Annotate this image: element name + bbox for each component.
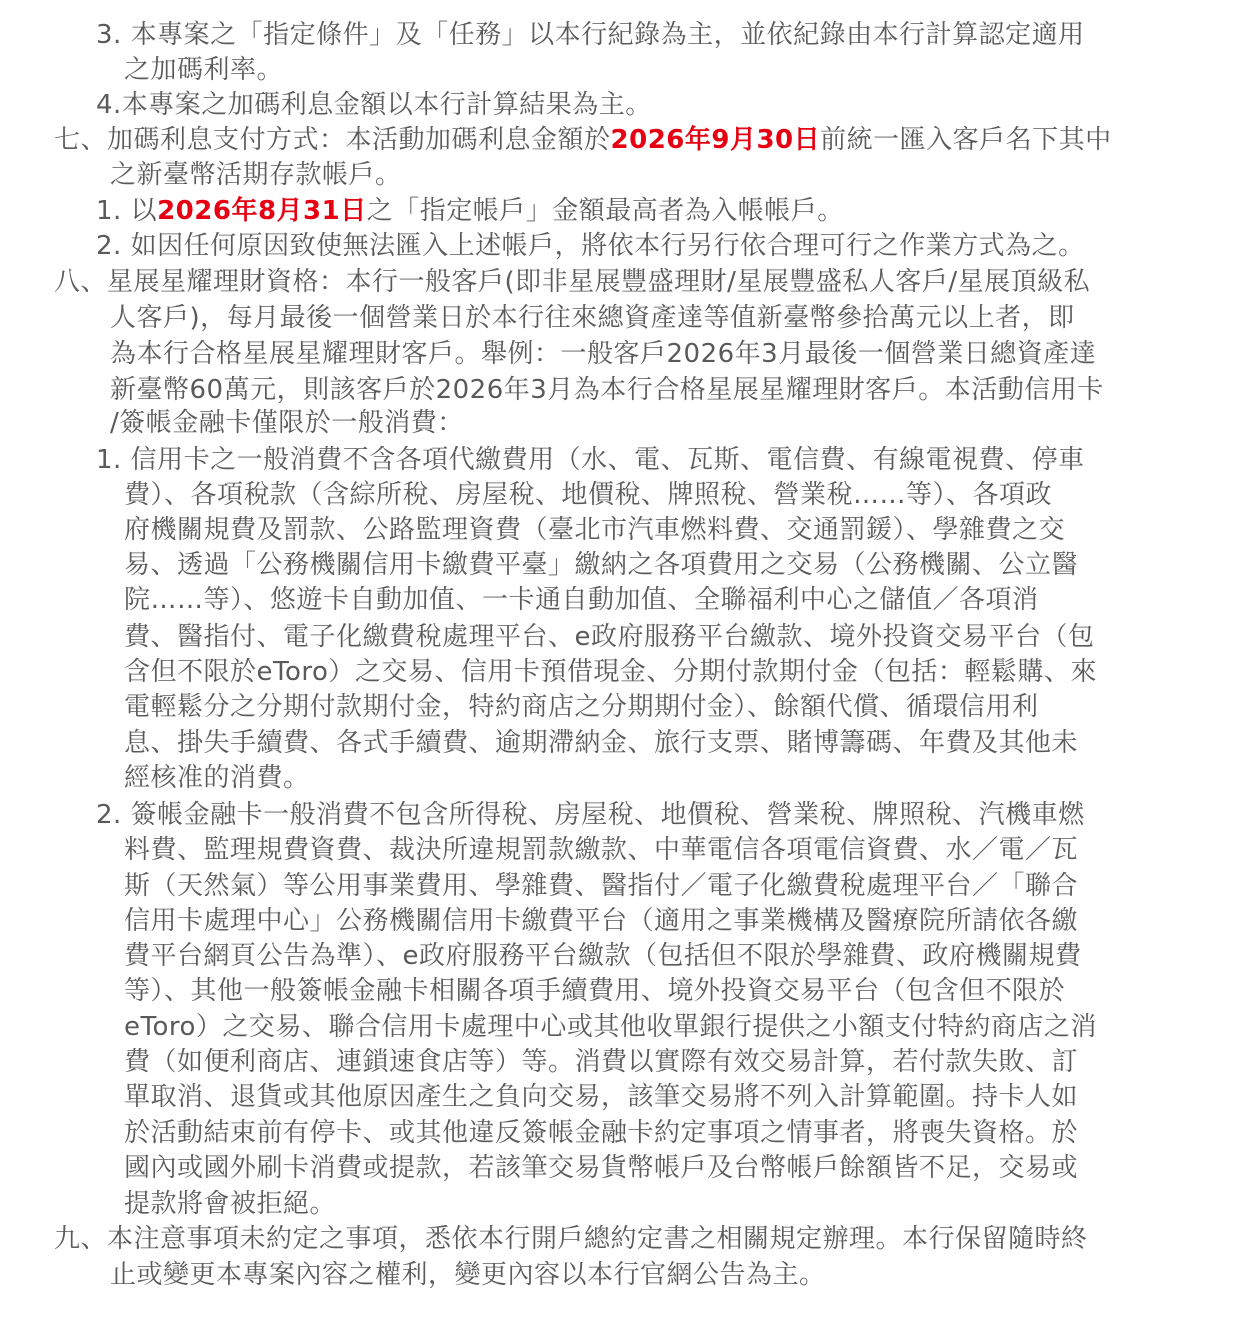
- text-line: 之新臺幣活期存款帳戶。: [110, 158, 402, 192]
- text-segment: 人客戶)，每月最後一個營業日於本行往來總資產達等值新臺幣參拾萬元以上者，即: [110, 303, 1075, 333]
- text-line: 含但不限於eToro）之交易、信用卡預借現金、分期付款期付金（包括：輕鬆購、來: [124, 655, 1097, 689]
- text-segment: 前統一匯入客戶名下其中: [820, 125, 1112, 155]
- text-segment: 八、星展星耀理財資格：本行一般客戶(即非星展豐盛理財/星展豐盛私人客戶/星展頂級…: [54, 267, 1090, 297]
- text-line: 府機關規費及罰款、公路監理資費（臺北市汽車燃料費、交通罰鍰）、學雜費之交: [124, 513, 1065, 547]
- text-segment: 等）、其他一般簽帳金融卡相關各項手續費用、境外投資交易平台（包含但不限於: [124, 976, 1065, 1006]
- text-segment: 七、加碼利息支付方式：本活動加碼利息金額於: [54, 125, 611, 155]
- text-segment: 費、醫指付、電子化繳費稅處理平台、e政府服務平台繳款、境外投資交易平台（包: [124, 622, 1095, 652]
- text-line: 2. 簽帳金融卡一般消費不包含所得稅、房屋稅、地價稅、營業稅、牌照稅、汽機車燃: [96, 798, 1085, 832]
- text-line: 費（如便利商店、連鎖速食店等）等。消費以實際有效交易計算，若付款失敗、訂: [124, 1045, 1078, 1079]
- text-line: 1. 信用卡之一般消費不含各項代繳費用（水、電、瓦斯、電信費、有線電視費、停車: [96, 443, 1085, 477]
- text-segment: 易、透過「公務機關信用卡繳費平臺」繳納之各項費用之交易（公務機關、公立醫: [124, 550, 1078, 580]
- text-line: 電輕鬆分之分期付款期付金，特約商店之分期期付金）、餘額代償、循環信用利: [124, 690, 1039, 724]
- text-line: 經核准的消費。: [124, 761, 310, 795]
- text-line: 信用卡處理中心」公務機關信用卡繳費平台（適用之事業機構及醫療院所請依各繳: [124, 904, 1078, 938]
- text-segment: 費）、各項稅款（含綜所稅、房屋稅、地價稅、牌照稅、營業稅……等）、各項政: [124, 480, 1052, 510]
- text-segment: /簽帳金融卡僅限於一般消費：: [110, 408, 464, 438]
- text-segment: 電輕鬆分之分期付款期付金，特約商店之分期期付金）、餘額代償、循環信用利: [124, 692, 1039, 722]
- text-segment: 息、掛失手續費、各式手續費、逾期滯納金、旅行支票、賭博籌碼、年費及其他未: [124, 728, 1078, 758]
- text-line: 斯（天然氣）等公用事業費用、學雜費、醫指付／電子化繳費稅處理平台／「聯合: [124, 869, 1078, 903]
- text-line: 費、醫指付、電子化繳費稅處理平台、e政府服務平台繳款、境外投資交易平台（包: [124, 620, 1095, 654]
- text-line: 單取消、退貨或其他原因產生之負向交易，該筆交易將不列入計算範圍。持卡人如: [124, 1080, 1078, 1114]
- text-line: 九、本注意事項未約定之事項，悉依本行開戶總約定書之相關規定辦理。本行保留隨時終: [54, 1222, 1088, 1256]
- text-segment: 信用卡處理中心」公務機關信用卡繳費平台（適用之事業機構及醫療院所請依各繳: [124, 906, 1078, 936]
- text-line: 料費、監理規費資費、裁決所違規罰款繳款、中華電信各項電信資費、水／電／瓦: [124, 833, 1078, 867]
- text-line: 2. 如因任何原因致使無法匯入上述帳戶，將依本行另行依合理可行之作業方式為之。: [96, 229, 1085, 263]
- text-line: 國內或國外刷卡消費或提款，若該筆交易貨幣帳戶及台幣帳戶餘額皆不足，交易或: [124, 1151, 1078, 1185]
- text-line: 人客戶)，每月最後一個營業日於本行往來總資產達等值新臺幣參拾萬元以上者，即: [110, 301, 1075, 335]
- text-line: 費）、各項稅款（含綜所稅、房屋稅、地價稅、牌照稅、營業稅……等）、各項政: [124, 478, 1052, 512]
- text-line: 費平台網頁公告為準）、e政府服務平台繳款（包括但不限於學雜費、政府機關規費: [124, 939, 1082, 973]
- text-line: 七、加碼利息支付方式：本活動加碼利息金額於2026年9月30日前統一匯入客戶名下…: [54, 123, 1112, 157]
- text-line: 院……等）、悠遊卡自動加值、一卡通自動加值、全聯福利中心之儲值／各項消: [124, 583, 1039, 617]
- text-segment: 4.本專案之加碼利息金額以本行計算結果為主。: [96, 90, 652, 120]
- text-line: eToro）之交易、聯合信用卡處理中心或其他收單銀行提供之小額支付特約商店之消: [124, 1010, 1097, 1044]
- text-segment: 國內或國外刷卡消費或提款，若該筆交易貨幣帳戶及台幣帳戶餘額皆不足，交易或: [124, 1153, 1078, 1183]
- text-line: /簽帳金融卡僅限於一般消費：: [110, 406, 464, 440]
- text-line: 提款將會被拒絕。: [124, 1187, 336, 1221]
- text-line: 息、掛失手續費、各式手續費、逾期滯納金、旅行支票、賭博籌碼、年費及其他未: [124, 726, 1078, 760]
- text-segment: 為本行合格星展星耀理財客戶。舉例：一般客戶2026年3月最後一個營業日總資產達: [110, 339, 1096, 369]
- text-segment: 之「指定帳戶」金額最高者為入帳帳戶。: [367, 196, 844, 226]
- text-segment: 3. 本專案之「指定條件」及「任務」以本行紀錄為主，並依紀錄由本行計算認定適用: [96, 20, 1085, 50]
- highlighted-date: 2026年9月30日: [611, 125, 821, 155]
- text-line: 於活動結束前有停卡、或其他違反簽帳金融卡約定事項之情事者，將喪失資格。於: [124, 1116, 1078, 1150]
- text-line: 八、星展星耀理財資格：本行一般客戶(即非星展豐盛理財/星展豐盛私人客戶/星展頂級…: [54, 265, 1090, 299]
- text-segment: 單取消、退貨或其他原因產生之負向交易，該筆交易將不列入計算範圍。持卡人如: [124, 1082, 1078, 1112]
- text-line: 4.本專案之加碼利息金額以本行計算結果為主。: [96, 88, 652, 122]
- text-segment: 止或變更本專案內容之權利，變更內容以本行官網公告為主。: [110, 1260, 826, 1290]
- text-segment: 新臺幣60萬元，則該客戶於2026年3月為本行合格星展星耀理財客戶。本活動信用卡: [110, 375, 1104, 405]
- text-segment: 2. 簽帳金融卡一般消費不包含所得稅、房屋稅、地價稅、營業稅、牌照稅、汽機車燃: [96, 800, 1085, 830]
- text-segment: eToro）之交易、聯合信用卡處理中心或其他收單銀行提供之小額支付特約商店之消: [124, 1012, 1097, 1042]
- text-segment: 九、本注意事項未約定之事項，悉依本行開戶總約定書之相關規定辦理。本行保留隨時終: [54, 1224, 1088, 1254]
- text-line: 止或變更本專案內容之權利，變更內容以本行官網公告為主。: [110, 1258, 826, 1292]
- text-line: 新臺幣60萬元，則該客戶於2026年3月為本行合格星展星耀理財客戶。本活動信用卡: [110, 373, 1104, 407]
- text-line: 1. 以2026年8月31日之「指定帳戶」金額最高者為入帳帳戶。: [96, 194, 844, 228]
- text-segment: 費（如便利商店、連鎖速食店等）等。消費以實際有效交易計算，若付款失敗、訂: [124, 1047, 1078, 1077]
- text-segment: 1. 以: [96, 196, 157, 226]
- terms-document: 3. 本專案之「指定條件」及「任務」以本行紀錄為主，並依紀錄由本行計算認定適用之…: [0, 0, 1250, 1333]
- text-line: 等）、其他一般簽帳金融卡相關各項手續費用、境外投資交易平台（包含但不限於: [124, 974, 1065, 1008]
- text-line: 3. 本專案之「指定條件」及「任務」以本行紀錄為主，並依紀錄由本行計算認定適用: [96, 18, 1085, 52]
- highlighted-date: 2026年8月31日: [157, 196, 367, 226]
- text-segment: 院……等）、悠遊卡自動加值、一卡通自動加值、全聯福利中心之儲值／各項消: [124, 585, 1039, 615]
- text-segment: 含但不限於eToro）之交易、信用卡預借現金、分期付款期付金（包括：輕鬆購、來: [124, 657, 1097, 687]
- text-segment: 於活動結束前有停卡、或其他違反簽帳金融卡約定事項之情事者，將喪失資格。於: [124, 1118, 1078, 1148]
- text-line: 之加碼利率。: [124, 53, 283, 87]
- text-segment: 府機關規費及罰款、公路監理資費（臺北市汽車燃料費、交通罰鍰）、學雜費之交: [124, 515, 1065, 545]
- text-segment: 費平台網頁公告為準）、e政府服務平台繳款（包括但不限於學雜費、政府機關規費: [124, 941, 1082, 971]
- text-segment: 2. 如因任何原因致使無法匯入上述帳戶，將依本行另行依合理可行之作業方式為之。: [96, 231, 1085, 261]
- text-segment: 料費、監理規費資費、裁決所違規罰款繳款、中華電信各項電信資費、水／電／瓦: [124, 835, 1078, 865]
- text-segment: 斯（天然氣）等公用事業費用、學雜費、醫指付／電子化繳費稅處理平台／「聯合: [124, 871, 1078, 901]
- text-segment: 之新臺幣活期存款帳戶。: [110, 160, 402, 190]
- text-segment: 1. 信用卡之一般消費不含各項代繳費用（水、電、瓦斯、電信費、有線電視費、停車: [96, 445, 1085, 475]
- text-line: 易、透過「公務機關信用卡繳費平臺」繳納之各項費用之交易（公務機關、公立醫: [124, 548, 1078, 582]
- text-segment: 經核准的消費。: [124, 763, 310, 793]
- text-line: 為本行合格星展星耀理財客戶。舉例：一般客戶2026年3月最後一個營業日總資產達: [110, 337, 1096, 371]
- text-segment: 之加碼利率。: [124, 55, 283, 85]
- text-segment: 提款將會被拒絕。: [124, 1189, 336, 1219]
